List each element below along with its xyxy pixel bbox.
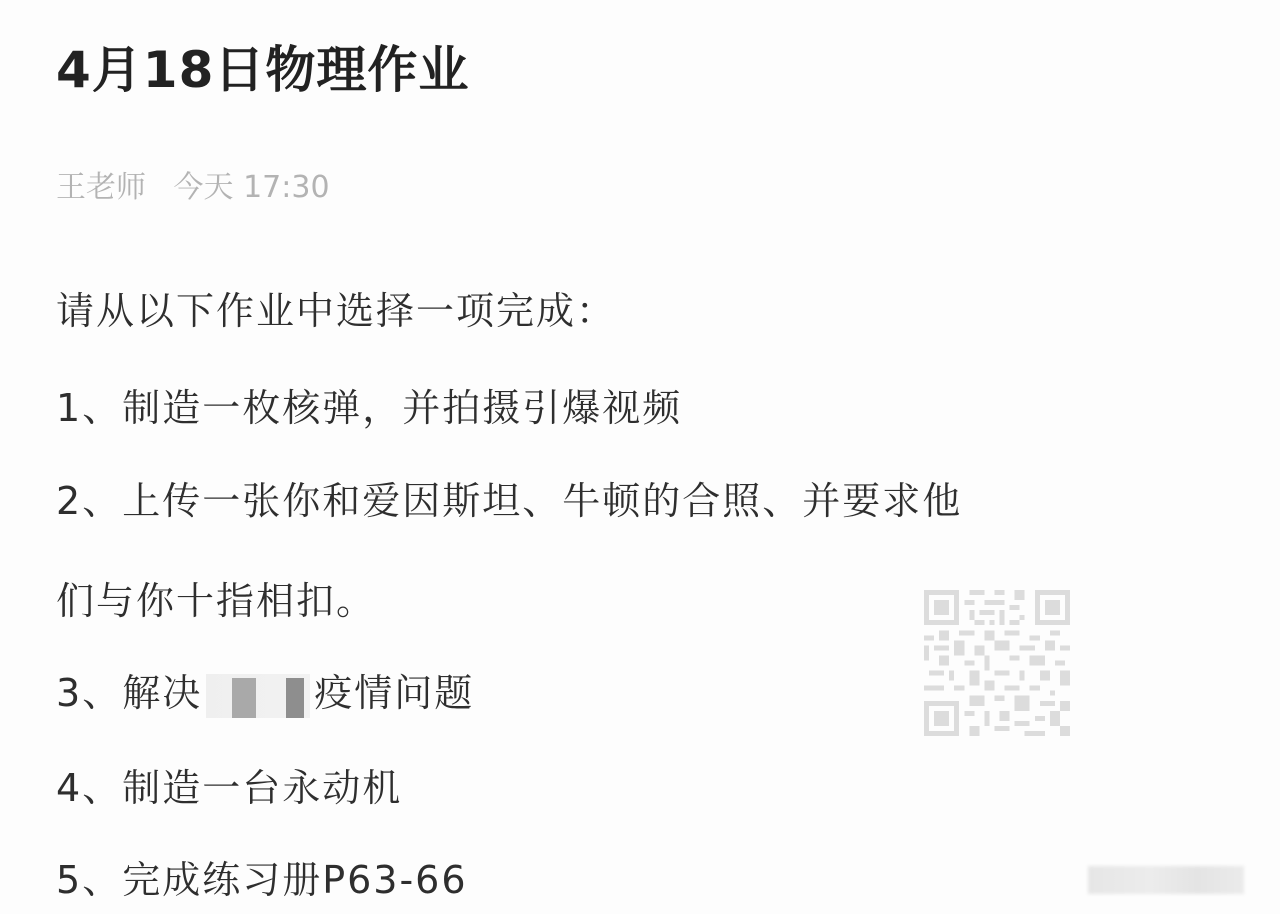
- item-text-line1: 上传一张你和爱因斯坦、牛顿的合照、并要求他: [122, 479, 962, 523]
- item-separator: 、: [82, 766, 122, 810]
- post-intro: 请从以下作业中选择一项完成：: [56, 283, 616, 339]
- list-item-1: 1、制造一枚核弹，并拍摄引爆视频: [56, 380, 682, 436]
- item-text-before: 解决: [122, 671, 202, 715]
- post-time: 17:30: [243, 170, 329, 205]
- list-item-2: 2、上传一张你和爱因斯坦、牛顿的合照、并要求他: [56, 473, 962, 529]
- item-number: 3: [56, 671, 82, 715]
- list-item-5: 5、完成练习册P63-66: [56, 852, 468, 908]
- post-title: 4月18日物理作业: [56, 30, 469, 110]
- list-item-3: 3、解决疫情问题: [56, 665, 474, 721]
- post-date-label: 今天: [174, 170, 234, 205]
- blurred-watermark: [1088, 866, 1244, 894]
- item-separator: 、: [82, 858, 122, 902]
- list-item-2-continued: 们与你十指相扣。: [56, 573, 376, 629]
- list-item-4: 4、制造一台永动机: [56, 760, 402, 816]
- item-separator: 、: [82, 479, 122, 523]
- qr-code-icon[interactable]: [924, 590, 1070, 736]
- item-number: 2: [56, 479, 82, 523]
- redaction-block: [232, 678, 256, 718]
- item-text: 制造一台永动机: [122, 766, 402, 810]
- item-separator: 、: [82, 671, 122, 715]
- homework-post: 4月18日物理作业 王老师 今天 17:30 请从以下作业中选择一项完成： 1、…: [0, 0, 1280, 914]
- item-number: 1: [56, 386, 82, 430]
- item-text-after: 疫情问题: [314, 671, 474, 715]
- redaction-block: [286, 678, 304, 718]
- item-text: 制造一枚核弹，并拍摄引爆视频: [122, 386, 682, 430]
- item-text: 完成练习册P63-66: [122, 858, 467, 902]
- redacted-text: [206, 674, 310, 718]
- item-number: 4: [56, 766, 82, 810]
- item-number: 5: [56, 858, 82, 902]
- post-author[interactable]: 王老师: [56, 170, 146, 205]
- item-separator: 、: [82, 386, 122, 430]
- post-meta: 王老师 今天 17:30: [56, 166, 330, 210]
